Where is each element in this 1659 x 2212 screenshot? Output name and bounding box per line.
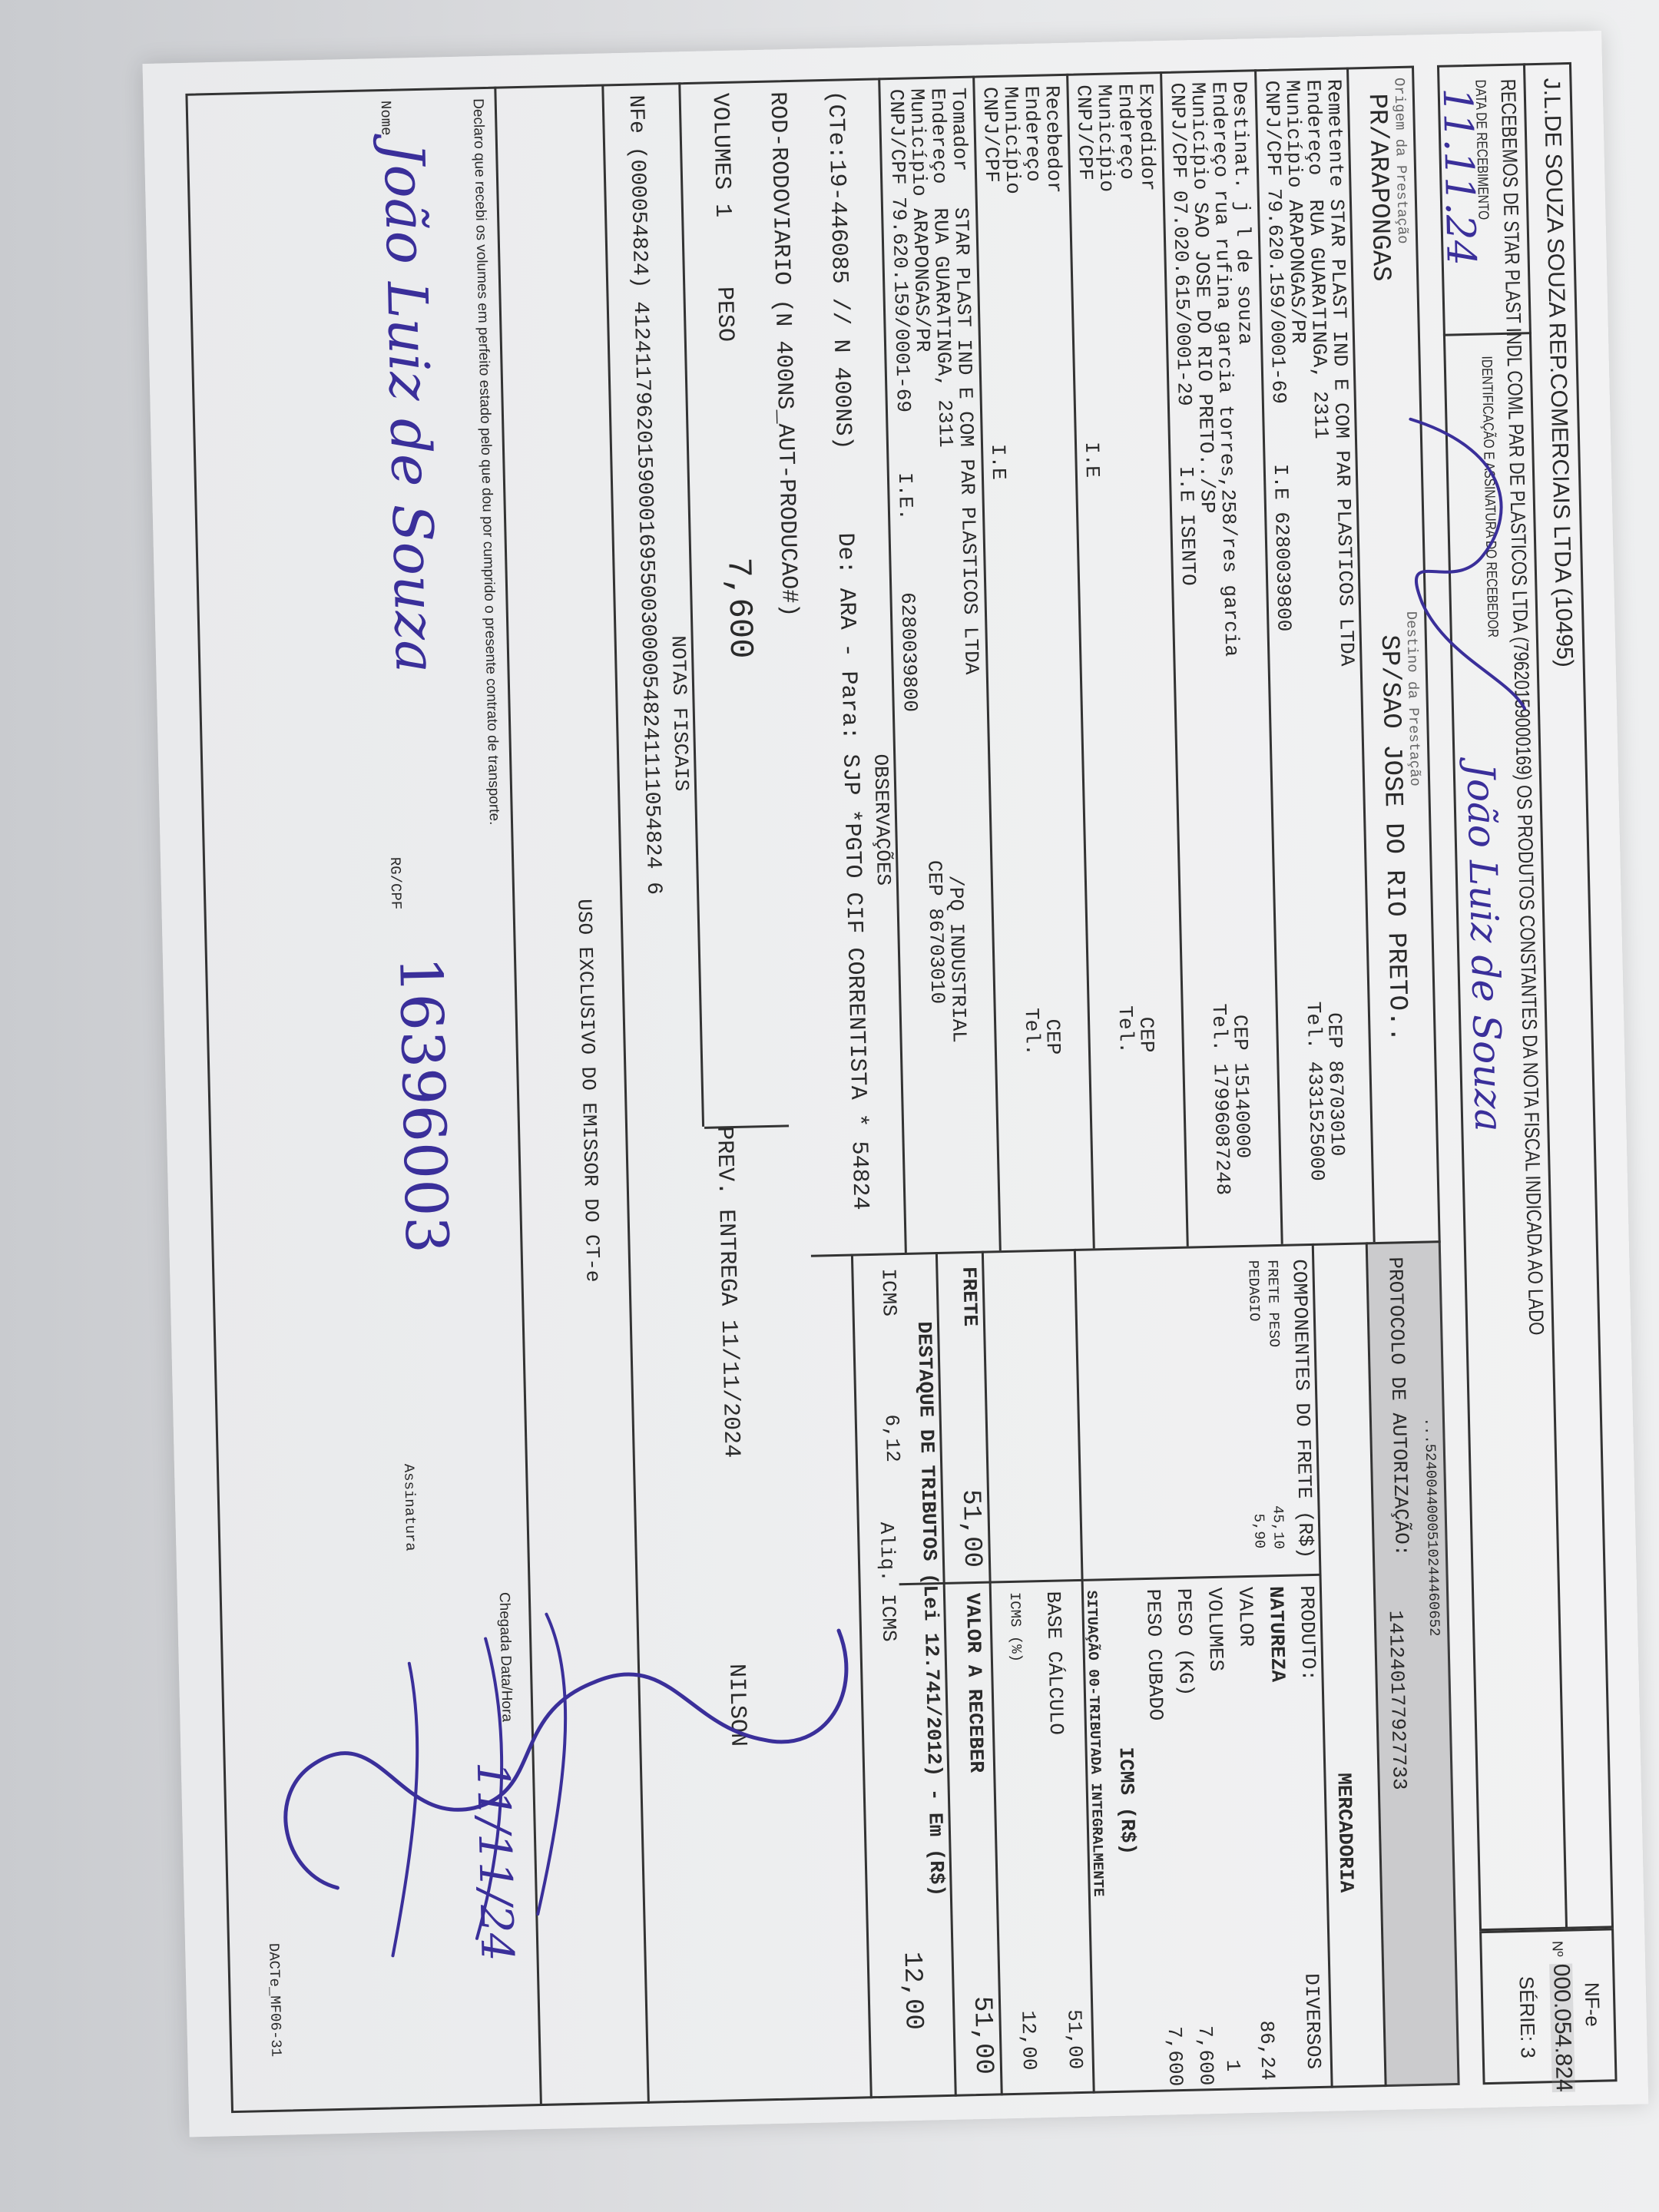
icms-title: ICMS (R$) [1114, 1747, 1140, 1855]
payer-cep: CEP 86703010 [922, 860, 949, 1005]
goods-cubed-weight: 7,600 [1163, 2026, 1187, 2087]
goods-volumes: 1 [1221, 2059, 1244, 2071]
shipper-ie-label: I.E [1080, 442, 1104, 478]
nfe-serie: SÉRIE: 3 [1515, 1976, 1539, 2059]
amount-due-value: 51,00 [970, 1996, 995, 2075]
taxes-rate-label: Aliq. ICMS [875, 1522, 901, 1642]
id-doc-label: RG/CPF [383, 857, 408, 910]
handwritten-name: João Luiz de Souza [372, 141, 449, 674]
goods-product-label: PRODUTO: [1295, 1585, 1320, 1681]
sender-tel: Tel. 4331525000 [1302, 1002, 1329, 1182]
goods-nature-label: NATUREZA [1264, 1586, 1290, 1682]
goods-volumes-label: VOLUMES [1203, 1588, 1227, 1672]
freight-component-label: PEDAGIO [1241, 1260, 1266, 1321]
handwritten-receipt-date: 11.11.24 [1434, 88, 1484, 267]
signature-scribble [239, 1584, 877, 1982]
receiver-tel-label: Tel. [1020, 1008, 1044, 1056]
freight-component-value: 5,90 [1247, 1513, 1271, 1548]
goods-weight-label: PESO (KG) [1172, 1588, 1197, 1697]
icms-percent-label: ICMS (%) [1003, 1592, 1028, 1663]
icms-percent-value: 12,00 [1016, 2010, 1041, 2071]
observations-peso: 7,600 [726, 557, 751, 659]
receiver-cnpj-label: CNPJ/CPF [978, 87, 1003, 183]
icms-base-value: 51,00 [1062, 2009, 1087, 2070]
access-key: ...5240044000510244460652 [1418, 1417, 1445, 1637]
signature-label: Assinatura [397, 1463, 422, 1551]
nfe-label: NF-e [1581, 1982, 1604, 2027]
handwritten-receiver-name: João Luiz de Souza [1459, 763, 1512, 1132]
shipper-cep-label: CEP [1134, 1016, 1158, 1052]
goods-cubed-weight-label: PESO CUBADO [1141, 1588, 1167, 1720]
receipt-scribble [1379, 401, 1555, 727]
amount-due-label: VALOR A RECEBER [961, 1593, 988, 1773]
nfe-number: 000.054.824 [1549, 1964, 1575, 2092]
shipper-cnpj-label: CNPJ/CPF [1071, 84, 1097, 180]
freight-total-value: 51,00 [959, 1489, 983, 1568]
invoices-title: NOTAS FISCAIS [667, 635, 694, 791]
taxes-rate-value: 12,00 [900, 1952, 925, 2031]
receiver-cep-label: CEP [1041, 1018, 1065, 1055]
taxes-icms-value: 6,12 [880, 1414, 904, 1462]
freight-total-label: FRETE [957, 1267, 982, 1327]
dacte-document: J.L.DE SOUZA SOUZA REP.COMERCIAIS LTDA (… [142, 31, 1648, 2137]
observations-title: OBSERVAÇÕES [869, 753, 895, 886]
goods-title: MERCADORIA [1332, 1773, 1358, 1893]
goods-weight: 7,600 [1194, 2025, 1218, 2086]
protocol-value: 141240177927733 [1384, 1610, 1411, 1790]
goods-value-label: VALOR [1233, 1587, 1258, 1647]
goods-value: 86,24 [1255, 2020, 1280, 2081]
recipient-tel: Tel. 17996087248 [1207, 1003, 1235, 1195]
goods-product-value: DIVERSOS [1300, 1973, 1325, 2069]
nfe-number-label: Nº [1545, 1941, 1568, 1957]
icms-base-label: BASE CÁLCULO [1041, 1591, 1068, 1735]
shipper-tel-label: Tel. [1114, 1005, 1137, 1054]
name-label: Nome [374, 101, 398, 136]
origin-value: PR/ARAPONGAS [1365, 93, 1392, 281]
observations-volumes: VOLUMES 1 PESO [708, 93, 737, 343]
receiver-ie-label: I.E [986, 444, 1010, 480]
taxes-icms-label: ICMS [876, 1268, 900, 1316]
handwritten-id: 16396003 [386, 955, 462, 1254]
